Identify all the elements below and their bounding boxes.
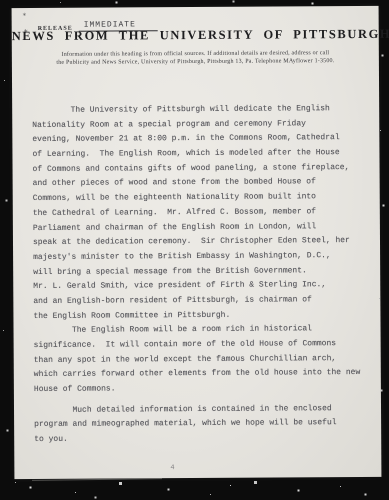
masthead-note-line1: Information under this heading is from o… [61,50,329,58]
paragraph-3: Much detailed information is contained i… [34,402,374,448]
typed-line: which carries forward other elements fro… [34,366,374,383]
typed-body: The University of Pittsburgh will dedica… [32,102,374,448]
paragraph-2: The English Room will be a room rich in … [33,322,373,398]
masthead-note-line2: the Publicity and News Service, Universi… [56,58,334,66]
typed-line: Mr. L. Gerald Smith, vice president of F… [33,278,373,295]
film-specks [0,0,1,1]
paragraph-1: The University of Pittsburgh will dedica… [32,102,373,324]
typed-line: of Commons and contains gifts of wood pa… [33,161,373,178]
masthead-title: NEWS FROM THE UNIVERSITY OF PITTSBURGH [12,27,379,44]
typed-line: significance. It will contain more of th… [34,337,374,354]
stray-mark: * [23,12,27,20]
typed-line: majesty's minister to the British Embass… [33,249,373,266]
press-release-page: * * RELEASE IMMEDIATE NEWS FROM THE UNIV… [12,6,382,479]
typed-line: to you. [34,431,374,448]
masthead-note: Information under this heading is from o… [12,49,379,67]
typed-line: The University of Pittsburgh will dedica… [32,102,372,119]
film-negative-frame: * * RELEASE IMMEDIATE NEWS FROM THE UNIV… [0,0,389,500]
typed-line: House of Commons. [34,381,374,398]
page-number: 4 [170,464,174,472]
typed-line: program and mimeographed material, which… [34,416,374,433]
